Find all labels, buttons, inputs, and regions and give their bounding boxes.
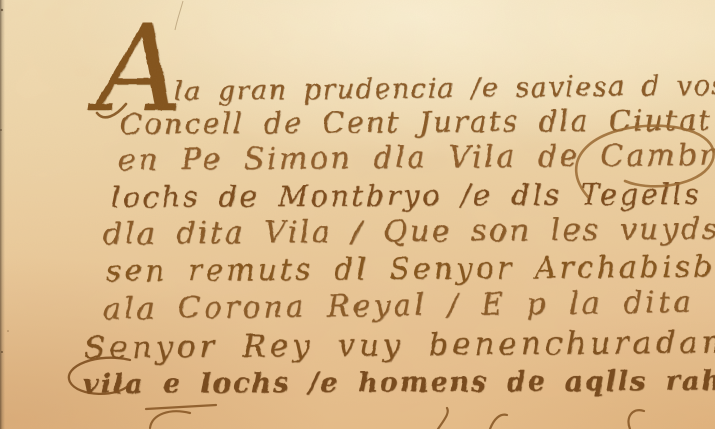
manuscript-line-7: ala Corona Reyal / E p la dita ra <box>103 287 715 325</box>
manuscript-line-9: vila e lochs /e homens de aqlls raher <box>83 367 715 398</box>
manuscript-line-2: Concell de Cent Jurats dla Ciutat <box>120 106 712 139</box>
manuscript-line-4: lochs de Montbryo /e dls Tegells e d <box>111 180 715 212</box>
manuscript-line-5: dla dita Vila / Que son les vuydsen <box>103 214 715 250</box>
manuscript-line-6: sen remuts dl Senyor Archabisbe d <box>106 252 715 287</box>
page-edge-shadow <box>0 0 5 429</box>
manuscript-line-3: en Pe Simon dla Vila de Cambrils <box>118 140 715 176</box>
manuscript-line-1: la gran prudencia /e saviesa d vosaltres <box>174 71 715 105</box>
manuscript-line-8: Senyor Rey vuy benenchuradamet <box>84 327 715 364</box>
manuscript-photo: A la gran prudencia /e saviesa d vosaltr… <box>0 0 715 429</box>
